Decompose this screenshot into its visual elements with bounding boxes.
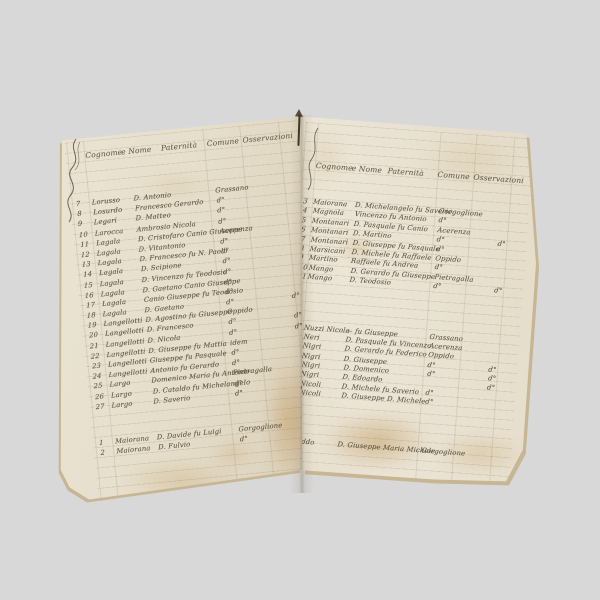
right-rows-m: 3 Maiorana D. Michelangelo fu Saverio Go… xyxy=(293,196,529,297)
surname: Maiorana xyxy=(116,444,158,456)
column-rule xyxy=(414,132,441,493)
observation xyxy=(469,458,503,460)
right-rows-n: 1 Nuzzi Nicola — fu Giuseppe Grassano 2 … xyxy=(285,321,520,413)
header-comune: Comune xyxy=(437,170,470,181)
surname: Nicoli xyxy=(299,389,342,400)
right-table-header: Cognome e Nome Paternità Comune Osservaz… xyxy=(301,160,531,189)
photo-background: Cognome e Nome Paternità Comune Osservaz… xyxy=(0,0,600,600)
observation: d° xyxy=(481,286,516,296)
commune: Gorgoglione xyxy=(421,446,470,457)
column-rule xyxy=(488,137,515,498)
name-paternity: D. Giuseppe Maria Michele xyxy=(337,440,422,454)
right-rows-o: 1 Oddo D. Giuseppe Maria Michele Gorgogl… xyxy=(281,435,511,461)
surname: Mango xyxy=(307,273,350,284)
header-cognome: Cognome xyxy=(85,147,123,160)
header-osservazioni: Osservazioni xyxy=(473,172,524,185)
header-e-nome: e Nome xyxy=(121,145,152,157)
ledger-row: 1 Oddo D. Giuseppe Maria Michele Gorgogl… xyxy=(281,435,512,461)
left-table-header: Cognome e Nome Paternità Comune Osservaz… xyxy=(65,130,299,165)
row-number: 2 xyxy=(100,448,116,458)
commune: d° xyxy=(235,385,285,398)
header-paternita: Paternità xyxy=(161,140,198,152)
observation xyxy=(472,410,506,412)
left-footer-rows: 1 Maiorana D. Davide fu Luigi Gorgoglion… xyxy=(93,415,328,458)
row-number: 27 xyxy=(96,402,112,412)
commune: d° xyxy=(240,431,290,444)
corner-flourish-icon xyxy=(60,136,90,226)
page-left: Cognome e Nome Paternità Comune Osservaz… xyxy=(60,115,302,505)
header-comune: Comune xyxy=(206,136,239,148)
left-page-writing-area: Cognome e Nome Paternità Comune Osservaz… xyxy=(64,120,336,546)
column-rule xyxy=(450,135,477,496)
page-right: Cognome e Nome Paternità Comune Osservaz… xyxy=(302,115,542,487)
commune: d° xyxy=(433,282,482,293)
left-main-rows: 7 Lorusso D. Antonio Grassano 8 Losurdo … xyxy=(69,176,323,412)
header-osservazioni: Osservazioni xyxy=(242,131,293,145)
fold-flourish-icon xyxy=(302,126,324,192)
header-paternita: Paternità xyxy=(387,166,424,178)
header-e-nome: e Nome xyxy=(351,164,382,175)
commune: d° xyxy=(425,398,474,409)
surname: Largo xyxy=(111,398,153,410)
